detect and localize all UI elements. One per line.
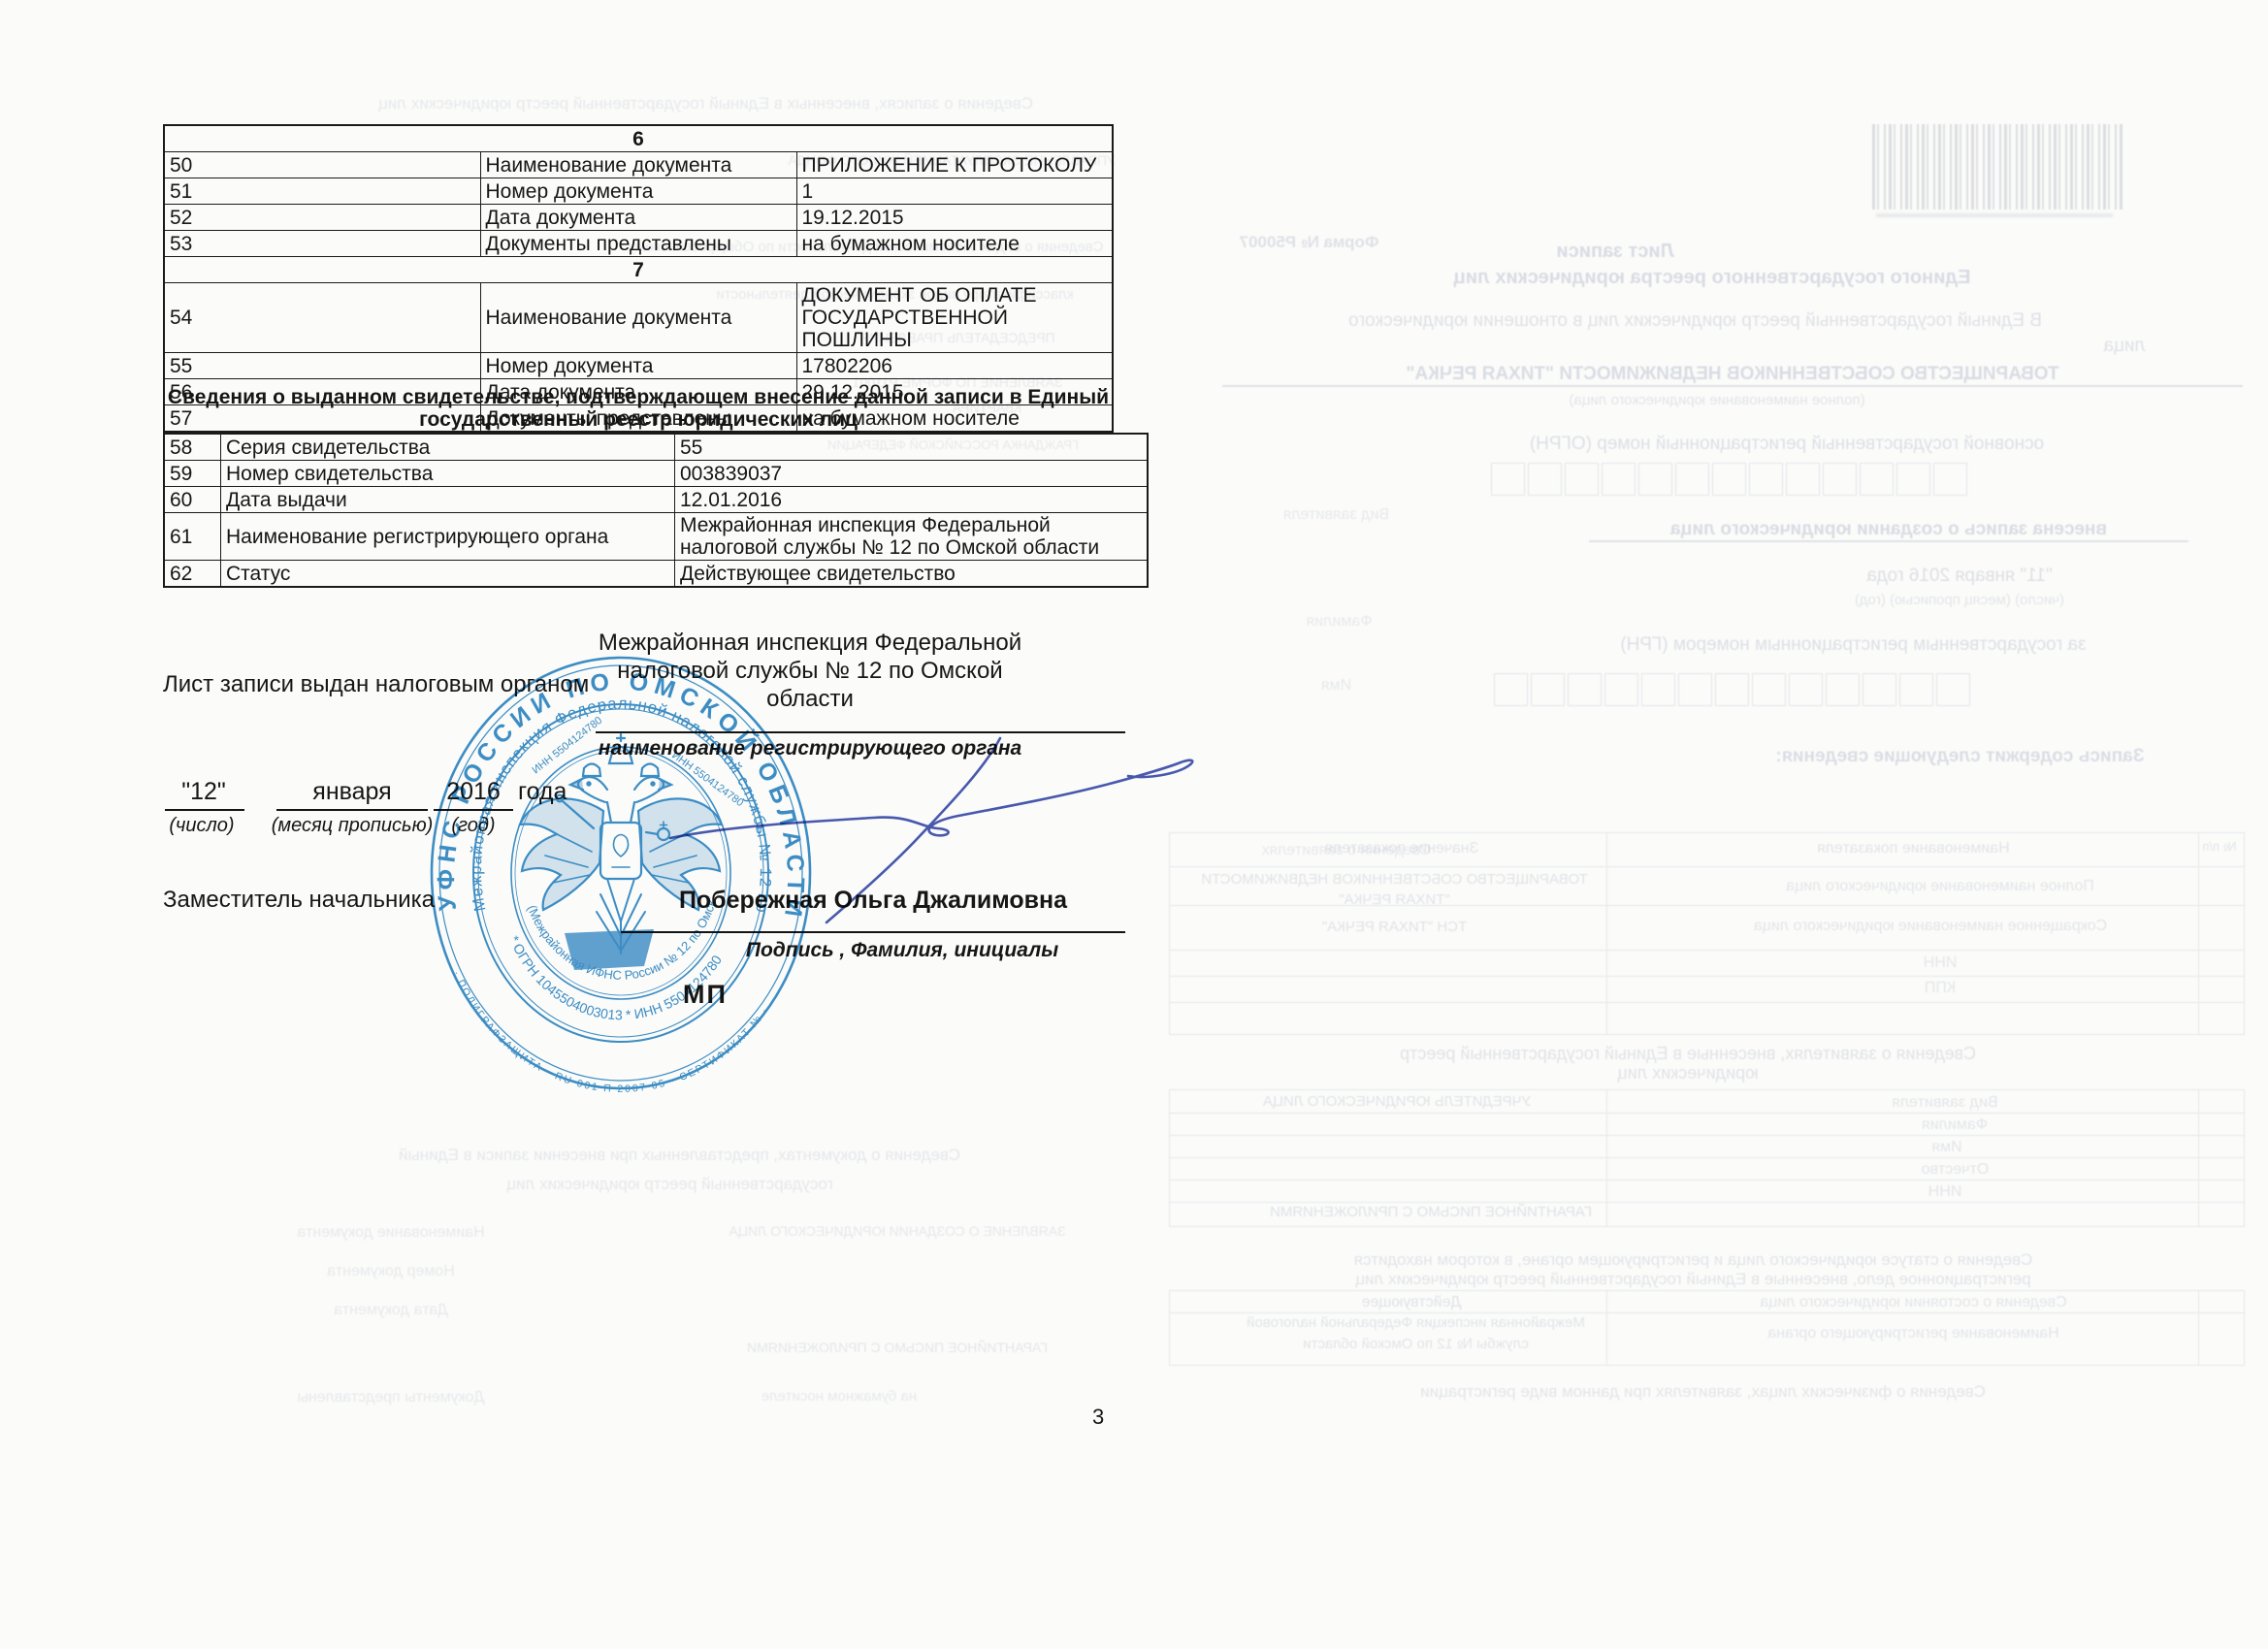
row-label: Наименование регистрирующего органа (226, 526, 608, 548)
row-label: Номер документа (486, 355, 654, 377)
row-value: 003839037 (680, 463, 782, 485)
row-label: Статус (226, 563, 290, 585)
group-row: 6 (164, 125, 1113, 152)
page-number: 3 (1092, 1405, 1104, 1430)
bleed-line: за государственным регистрационным номер… (1540, 635, 2166, 656)
row-num: 59 (170, 463, 192, 485)
row-value: 1 (802, 180, 814, 203)
row-label: Документы представлены (486, 233, 731, 255)
date-day-caption: (число) (155, 815, 248, 837)
bleed-line: (полное наименование юридического лица) (1508, 393, 1926, 409)
bleed-line: Сведения о физических лицах, заявителях … (1215, 1383, 2190, 1402)
table-row: 54Наименование документаДОКУМЕНТ ОБ ОПЛА… (164, 283, 1113, 353)
bleed-line: на бумажном носителе (679, 1389, 999, 1406)
certificate-table: 58Серия свидетельства55 59Номер свидетел… (163, 433, 1149, 588)
bleed-line: Форма № Р50007 (1224, 234, 1394, 252)
row-value: Действующее свидетельство (680, 563, 956, 585)
bleed-table-outline (1169, 1290, 2245, 1366)
bleed-line: "11" января 2016 года (1746, 566, 2173, 587)
bleed-line: Фамилия (1211, 613, 1468, 630)
bleed-line: ЗАЯВЛЕНИЕ О СОЗДАНИИ ЮРИДИЧЕСКОГО ЛИЦА (679, 1224, 1116, 1239)
bleed-line: внесена запись о создании юридического л… (1589, 520, 2188, 542)
bleed-line: Наименование документа (241, 1224, 541, 1242)
bleed-line: Сведения о заявителях, внесенные в Едины… (1305, 1045, 2071, 1064)
bleed-digit-grid (1494, 673, 1973, 711)
barcode-bleed (1872, 124, 2122, 210)
bleed-line: Документы представлены (241, 1389, 541, 1406)
row-value: ДОКУМЕНТ ОБ ОПЛАТЕ ГОСУДАРСТВЕННОЙ ПОШЛИ… (802, 284, 1037, 351)
bleed-line: Единого государственного реестра юридиче… (1377, 267, 2047, 288)
scanned-document-page: Форма № Р50007Лист записиЕдиного государ… (0, 0, 2268, 1649)
row-num: 54 (170, 307, 192, 329)
table-row: 52Дата документа19.12.2015 (164, 205, 1113, 231)
row-label: Дата выдачи (226, 489, 347, 511)
row-value: на бумажном носителе (802, 233, 1020, 255)
stamp-bottom-banner (565, 929, 654, 970)
row-num: 50 (170, 154, 192, 177)
row-value: Межрайонная инспекция Федеральной налого… (680, 514, 1099, 559)
bleed-line: Вид заявителя (1198, 506, 1474, 524)
row-num: 61 (170, 526, 192, 548)
bleed-line: ТОВАРИЩЕСТВО СОБСТВЕННИКОВ НЕДВИЖИМОСТИ … (1222, 365, 2243, 387)
table-row: 59Номер свидетельства003839037 (164, 461, 1148, 487)
group-label: 7 (632, 259, 644, 281)
bleed-line: ГАРАНТИЙНОЕ ПИСЬМО С ПРИЛОЖЕНИЯМИ (679, 1341, 1116, 1355)
bleed-line: Дата документа (241, 1302, 541, 1319)
bleed-line: В Единый государственный реестр юридичес… (1217, 311, 2173, 332)
certificate-heading: Сведения о выданном свидетельстве, подтв… (163, 386, 1114, 431)
row-num: 52 (170, 207, 192, 229)
date-day: "12" (163, 778, 244, 806)
bleed-line: Сведения о статусе юридического лица и р… (1230, 1251, 2156, 1270)
bleed-line: Запись содержит следующие сведения: (1734, 747, 2186, 767)
bleed-line: регистрационное дело, внесенные в Единый… (1249, 1271, 2137, 1289)
bleed-line: Имя (1217, 677, 1455, 695)
row-value: ПРИЛОЖЕНИЕ К ПРОТОКОЛУ (802, 154, 1097, 177)
bleed-line: Номер документа (241, 1263, 541, 1280)
bleed-line: государственный реестр юридических лиц (464, 1176, 876, 1194)
row-label: Номер свидетельства (226, 463, 433, 485)
group-label: 6 (632, 128, 644, 150)
official-title: Заместитель начальника (163, 887, 435, 914)
date-month: января (276, 778, 428, 806)
row-value: 12.01.2016 (680, 489, 782, 511)
bleed-line: (число) (месяц прописью) (год) (1746, 593, 2173, 609)
row-num: 51 (170, 180, 192, 203)
table-row: 51Номер документа1 (164, 178, 1113, 205)
row-label: Наименование документа (486, 307, 732, 329)
row-num: 53 (170, 233, 192, 255)
table-row: 58Серия свидетельства55 (164, 434, 1148, 461)
date-month-line (276, 809, 428, 811)
row-label: Наименование документа (486, 154, 732, 177)
tax-office-stamp: УФНС РОССИИ ПО ОМСКОЙ ОБЛАСТИ · ПОЛИГРАФ… (424, 650, 818, 1096)
bleed-line: юридических лиц (1605, 1064, 1770, 1083)
row-num: 55 (170, 355, 192, 377)
table-row: 53Документы представленына бумажном носи… (164, 231, 1113, 257)
bleed-line: Сведения о документах, представленных пр… (241, 1147, 1118, 1165)
bleed-line: основной государственный регистрационный… (1457, 435, 2117, 455)
bleed-digit-grid (1491, 463, 1970, 501)
certificate-heading-line2: государственный реестр юридических лиц (163, 408, 1114, 431)
row-value: 19.12.2015 (802, 207, 904, 229)
table-row: 60Дата выдачи12.01.2016 (164, 487, 1148, 513)
group-row: 7 (164, 257, 1113, 283)
row-num: 58 (170, 436, 192, 459)
bleed-table-outline (1169, 1089, 2245, 1227)
table-row: 50Наименование документаПРИЛОЖЕНИЕ К ПРО… (164, 152, 1113, 178)
row-value: 17802206 (802, 355, 892, 377)
table-row: 55Номер документа17802206 (164, 353, 1113, 379)
row-label: Номер документа (486, 180, 654, 203)
row-label: Дата документа (486, 207, 636, 229)
table-row: 62СтатусДействующее свидетельство (164, 561, 1148, 588)
table-row: 61Наименование регистрирующего органаМеж… (164, 513, 1148, 561)
bleed-line: Сведения о записях, внесенных в Единый г… (291, 95, 1120, 113)
row-num: 62 (170, 563, 192, 585)
row-num: 60 (170, 489, 192, 511)
date-day-line (165, 809, 244, 811)
row-label: Серия свидетельства (226, 436, 430, 459)
bleed-table-outline (1169, 832, 2245, 1035)
row-value: 55 (680, 436, 702, 459)
certificate-heading-line1: Сведения о выданном свидетельстве, подтв… (163, 386, 1114, 408)
bleed-line: Лист записи (1533, 241, 1698, 262)
bleed-line: лица (2076, 337, 2173, 357)
